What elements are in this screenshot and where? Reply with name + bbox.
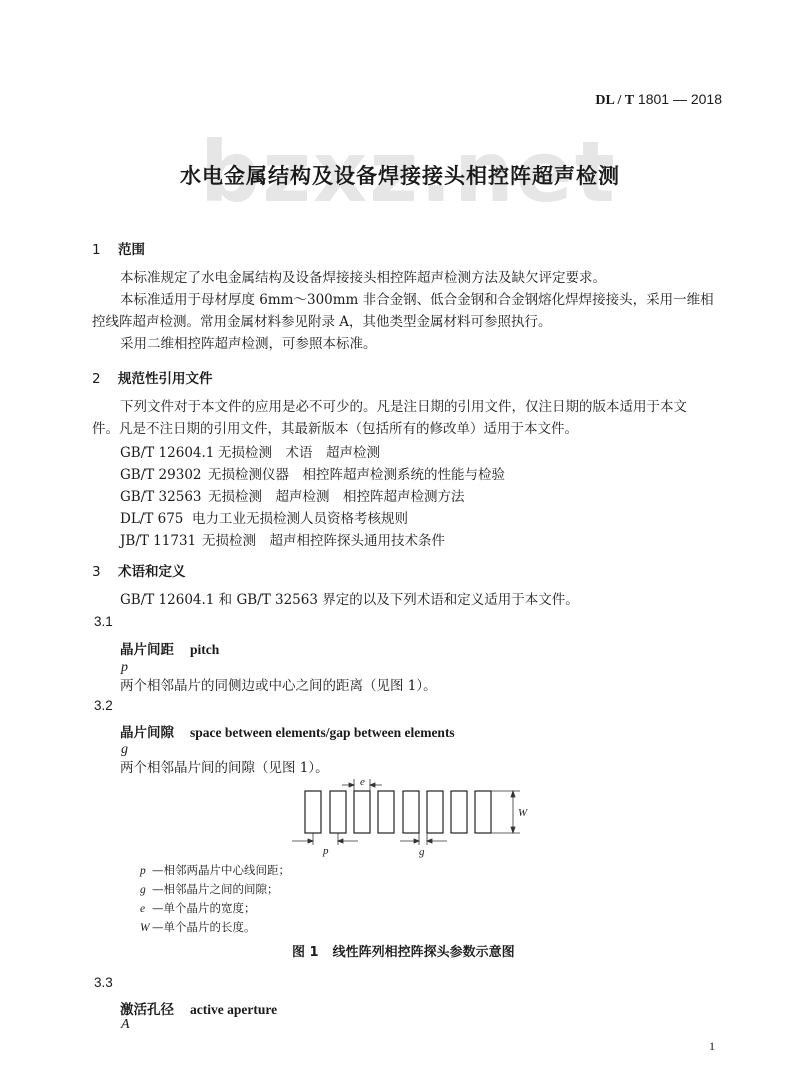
- legend-symbol: e: [140, 903, 152, 915]
- reference-code: GB/T 32563: [120, 489, 208, 505]
- legend-symbol: g: [140, 884, 152, 896]
- section-2-heading: 2规范性引用文件: [92, 367, 213, 387]
- paragraph: 本标准适用于母材厚度 6mm～300mm 非合金钢、低合金钢和合金钢熔化焊焊接接…: [120, 290, 714, 310]
- term-heading: 晶片间隙space between elements/gap between e…: [120, 721, 455, 741]
- clause-number: 3.3: [94, 975, 113, 990]
- section-title: 范围: [118, 242, 145, 258]
- reference-title: 无损检测 超声检测 相控阵超声检测方法: [208, 489, 465, 505]
- paragraph-continuation: 件。凡是不注日期的引用文件，其最新版本（包括所有的修改单）适用于本文件。: [92, 419, 578, 439]
- legend-item: g—相邻晶片之间的间隙；: [140, 881, 279, 897]
- reference-title: 无损检测 术语 超声检测: [218, 445, 380, 461]
- term-symbol: p: [121, 660, 128, 676]
- term-heading: 激活孔径active aperture: [120, 998, 277, 1018]
- legend-item: e—单个晶片的宽度；: [140, 900, 256, 916]
- legend-symbol: W: [140, 922, 152, 934]
- element-rect: [403, 791, 419, 833]
- reference-title: 电力工业无损检测人员资格考核规则: [192, 511, 408, 527]
- element-rect: [305, 791, 321, 833]
- element-rect: [451, 791, 467, 833]
- term-symbol: g: [121, 742, 128, 758]
- section-number: 3: [92, 564, 118, 580]
- reference-code: JB/T 11731: [120, 533, 202, 549]
- section-1-heading: 1范围: [92, 238, 145, 258]
- page-number: 1: [709, 1039, 715, 1054]
- document-title: 水电金属结构及设备焊接接头相控阵超声检测: [0, 160, 800, 190]
- term-heading: 晶片间距pitch: [120, 638, 219, 658]
- standard-number: 1801 — 2018: [638, 91, 722, 107]
- term-en: space between elements/gap between eleme…: [190, 725, 455, 740]
- section-title: 术语和定义: [118, 564, 186, 580]
- element-rect: [475, 791, 491, 833]
- reference-item: DL/T 675电力工业无损检测人员资格考核规则: [120, 507, 408, 527]
- paragraph-continuation: 控线阵超声检测。常用金属材料参见附录 A，其他类型金属材料可参照执行。: [92, 312, 552, 332]
- transducer-elements: [305, 791, 491, 833]
- reference-title: 无损检测 超声相控阵探头通用技术条件: [202, 533, 445, 549]
- figure-caption: 图 1线性阵列相控阵探头参数示意图: [292, 941, 515, 960]
- legend-item: W—单个晶片的长度。: [140, 919, 256, 935]
- term-symbol: A: [121, 1017, 130, 1033]
- figure-1-diagram: e W p g: [290, 775, 540, 860]
- paragraph: 下列文件对于本文件的应用是必不可少的。凡是注日期的引用文件，仅注日期的版本适用于…: [120, 397, 687, 417]
- legend-symbol: p: [140, 865, 152, 877]
- section-intro: GB/T 12604.1 和 GB/T 32563 界定的以及下列术语和定义适用…: [120, 590, 579, 610]
- reference-title: 无损检测仪器 相控阵超声检测系统的性能与检验: [208, 467, 505, 483]
- reference-item: GB/T 12604.1无损检测 术语 超声检测: [120, 441, 380, 461]
- reference-code: DL/T 675: [120, 511, 192, 527]
- standard-prefix: DL / T: [595, 93, 634, 108]
- section-number: 1: [92, 242, 118, 258]
- reference-item: GB/T 32563无损检测 超声检测 相控阵超声检测方法: [120, 485, 465, 505]
- element-rect: [427, 791, 443, 833]
- reference-code: GB/T 12604.1: [120, 445, 218, 461]
- figure-title: 线性阵列相控阵探头参数示意图: [333, 945, 515, 960]
- label-e: e: [360, 776, 365, 788]
- element-rect: [378, 791, 394, 833]
- legend-item: p—相邻两晶片中心线间距；: [140, 862, 290, 878]
- figure-number: 图 1: [292, 945, 319, 960]
- element-rect: [330, 791, 346, 833]
- label-p: p: [322, 845, 329, 857]
- section-3-heading: 3术语和定义: [92, 560, 186, 580]
- legend-text: —相邻两晶片中心线间距；: [152, 863, 290, 877]
- reference-code: GB/T 29302: [120, 467, 208, 483]
- reference-item: GB/T 29302无损检测仪器 相控阵超声检测系统的性能与检验: [120, 463, 505, 483]
- paragraph: 采用二维相控阵超声检测，可参照本标准。: [120, 334, 377, 354]
- term-zh: 晶片间隙: [120, 725, 174, 741]
- term-en: active aperture: [190, 1002, 277, 1017]
- dimension-lines: [292, 779, 520, 845]
- term-definition: 两个相邻晶片的同侧边或中心之间的距离（见图 1）。: [120, 676, 437, 696]
- section-title: 规范性引用文件: [118, 371, 213, 387]
- legend-text: —相邻晶片之间的间隙；: [152, 882, 279, 896]
- term-zh: 晶片间距: [120, 642, 174, 658]
- clause-number: 3.2: [94, 698, 113, 713]
- term-zh: 激活孔径: [120, 1002, 174, 1018]
- legend-text: —单个晶片的宽度；: [152, 901, 256, 915]
- reference-item: JB/T 11731无损检测 超声相控阵探头通用技术条件: [120, 529, 445, 549]
- label-W: W: [518, 807, 528, 819]
- clause-number: 3.1: [94, 614, 113, 629]
- element-rect: [354, 791, 370, 833]
- label-g: g: [419, 846, 425, 858]
- standard-code: DL / T 1801 — 2018: [595, 91, 722, 109]
- section-number: 2: [92, 371, 118, 387]
- paragraph: 本标准规定了水电金属结构及设备焊接接头相控阵超声检测方法及缺欠评定要求。: [120, 268, 606, 288]
- legend-text: —单个晶片的长度。: [152, 920, 256, 934]
- term-en: pitch: [190, 642, 219, 657]
